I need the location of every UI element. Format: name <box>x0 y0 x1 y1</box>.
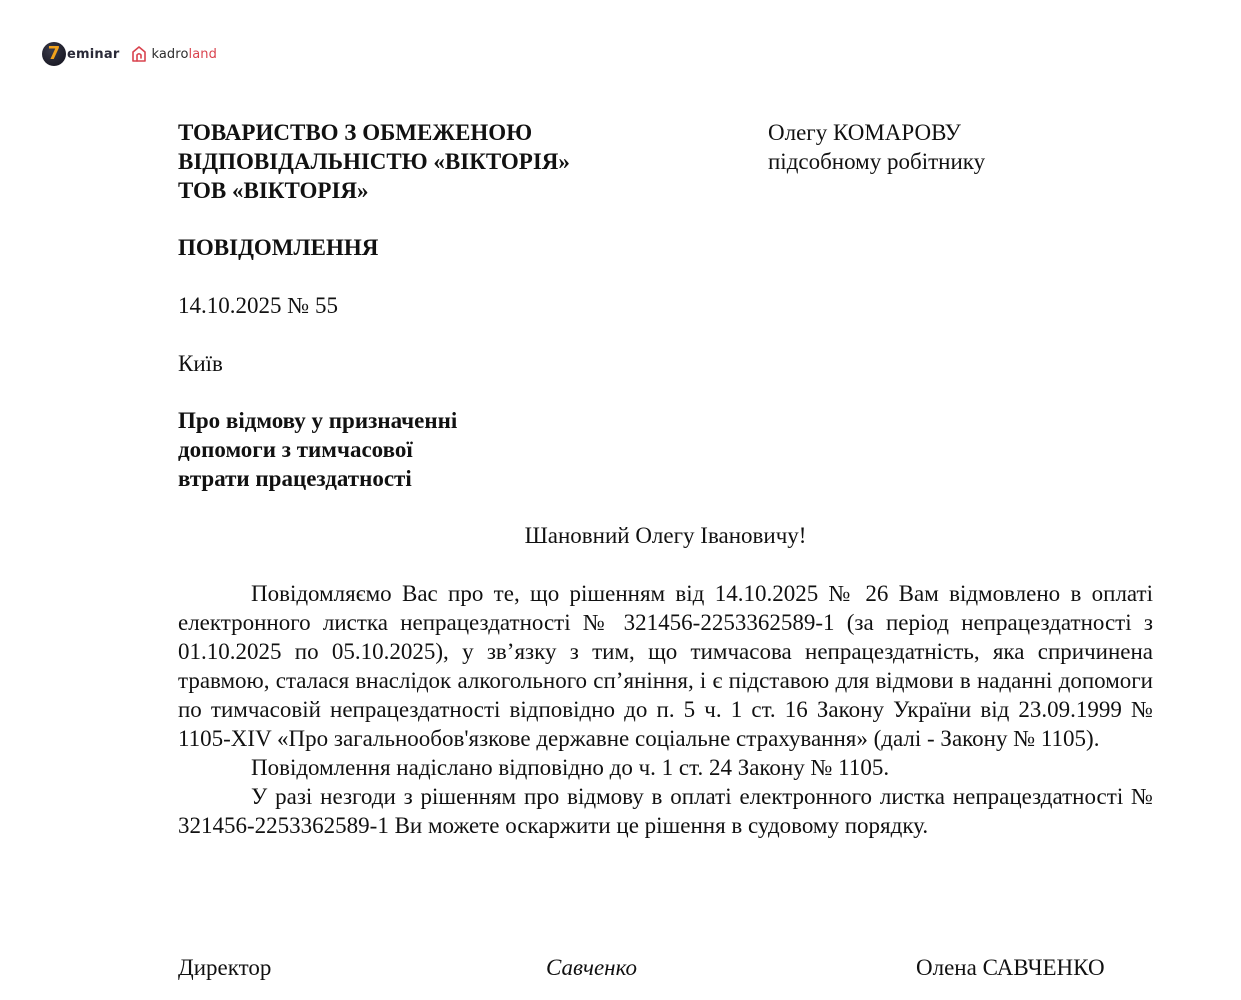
seminar-logo: 7 eminar <box>42 42 119 66</box>
organization-line-2: ВІДПОВІДАЛЬНІСТЮ «ВІКТОРІЯ» <box>178 147 738 176</box>
subject-line-2: допомоги з тимчасової <box>178 435 578 464</box>
subject-line-3: втрати працездатності <box>178 464 578 493</box>
document-body: Повідомляємо Вас про те, що рішенням від… <box>178 579 1153 840</box>
seminar-logo-text: eminar <box>67 47 119 62</box>
signature: Савченко <box>546 953 637 982</box>
recipient-name: Олегу КОМАРОВУ <box>768 118 1168 147</box>
document-subject: Про відмову у призначенні допомоги з тим… <box>178 406 578 493</box>
header-logos: 7 eminar kadroland <box>42 40 217 68</box>
signatory-position: Директор <box>178 953 271 982</box>
kadroland-logo-text: kadroland <box>151 47 217 62</box>
subject-line-1: Про відмову у призначенні <box>178 406 578 435</box>
salutation: Шановний Олегу Івановичу! <box>178 521 1153 550</box>
organization-line-1: ТОВАРИСТВО З ОБМЕЖЕНОЮ <box>178 118 738 147</box>
organization-short-name: ТОВ «ВІКТОРІЯ» <box>178 176 738 205</box>
body-paragraph-1: Повідомляємо Вас про те, що рішенням від… <box>178 579 1153 753</box>
house-icon <box>131 45 147 63</box>
document-date-number: 14.10.2025 № 55 <box>178 291 338 320</box>
document-city: Київ <box>178 349 223 378</box>
document-type: ПОВІДОМЛЕННЯ <box>178 233 378 262</box>
body-paragraph-2: Повідомлення надіслано відповідно до ч. … <box>178 753 1153 782</box>
kadroland-logo: kadroland <box>131 45 217 63</box>
body-paragraph-3: У разі незгоди з рішенням про відмову в … <box>178 782 1153 840</box>
seminar-badge-icon: 7 <box>42 42 66 66</box>
organization-name: ТОВАРИСТВО З ОБМЕЖЕНОЮ ВІДПОВІДАЛЬНІСТЮ … <box>178 118 738 205</box>
recipient-position: підсобному робітнику <box>768 147 1168 176</box>
recipient: Олегу КОМАРОВУ підсобному робітнику <box>768 118 1168 176</box>
signatory-name: Олена САВЧЕНКО <box>916 953 1105 982</box>
